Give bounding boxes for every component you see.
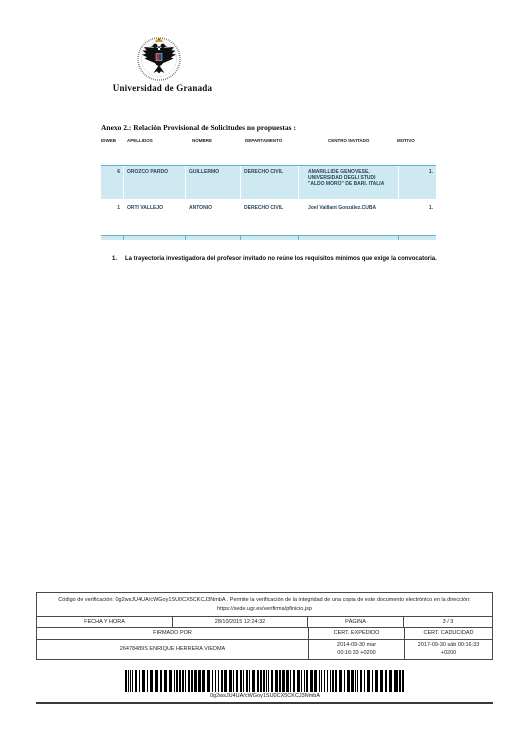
cell-centro-invitado: Joel Vaillant González.CUBA (299, 205, 398, 211)
pagina-label: PÁGINA (308, 617, 404, 627)
cert-caducidad-label: CERT. CADUCIDAD (405, 628, 492, 639)
verification-box: Código de verificación: 0g2wsJU4UA/cWGoy… (36, 592, 493, 660)
column-header-nombre: NOMBRE (192, 138, 212, 144)
cell-idweb: 6 (101, 166, 123, 199)
cell-apellidos: OROZCO PARDO (124, 166, 185, 199)
footnote: 1. La trayectoria investigadora del prof… (112, 253, 444, 266)
verification-code-text: Código de verificación: 0g2wsJU4UA/cWGoy… (37, 593, 492, 617)
cert-expedido-value: 2014-09-30 mar 00:16:33 +0200 (309, 640, 405, 659)
cell-motivo: 1. (399, 205, 436, 211)
cell-idweb: 1 (101, 205, 123, 211)
cell-nombre: GUILLERMO (186, 166, 240, 199)
document-page: Universidad de Granada Anexo 2.: Relació… (0, 0, 530, 750)
firmado-por-value: 26478489S ENRIQUE HERRERA VIEDMA (37, 640, 309, 659)
cell-departamento: DERECHO CIVIL (241, 205, 298, 211)
column-header-idweb: IDWEB (101, 138, 116, 144)
solicitudes-table: IDWEB APELLIDOS NOMBRE DEPARTAMENTO CENT… (101, 136, 436, 242)
cell-centro-invitado: AMARILLIDE GENOVESE. UNIVERSIDAD DEGLI S… (299, 166, 398, 199)
fecha-hora-value: 28/10/2015 12:24:32 (173, 617, 308, 627)
column-header-apellidos: APELLIDOS (127, 138, 153, 144)
barcode-text: 0g2wsJU4UA/cWGoy1SU0CX5CKCJ3NmbA (125, 693, 405, 699)
footnote-number: 1. (112, 253, 117, 266)
table-row: 1 ORTI VALLEJO ANTONIO DERECHO CIVIL Joe… (101, 204, 436, 232)
cert-caducidad-value: 2017-09-30 sáb 00:16:33 +0200 (405, 640, 492, 659)
footnote-text: La trayectoria investigadora del profeso… (125, 253, 442, 266)
column-header-centro-invitado: CENTRO INVITADO (328, 138, 369, 144)
column-header-motivo: MOTIVO (397, 138, 415, 144)
cert-expedido-label: CERT. EXPEDIDO (309, 628, 405, 639)
university-name: Universidad de Granada (105, 83, 220, 93)
cell-nombre: ANTONIO (186, 205, 240, 211)
fecha-hora-label: FECHA Y HORA (37, 617, 173, 627)
cell-departamento: DERECHO CIVIL (241, 166, 298, 199)
pagina-value: 3 / 3 (404, 617, 492, 627)
bottom-rule (36, 702, 493, 704)
column-header-departamento: DEPARTAMENTO (245, 138, 282, 144)
barcode (125, 670, 405, 692)
table-row: 6 OROZCO PARDO GUILLERMO DERECHO CIVIL A… (101, 165, 436, 200)
table-bottom-border (101, 235, 436, 240)
cell-motivo: 1. (399, 166, 436, 199)
firmado-por-label: FIRMADO POR (37, 628, 309, 639)
document-title: Anexo 2.: Relación Provisional de Solici… (101, 123, 296, 132)
cell-apellidos: ORTI VALLEJO (124, 205, 185, 211)
ugr-crest-icon (135, 36, 183, 82)
